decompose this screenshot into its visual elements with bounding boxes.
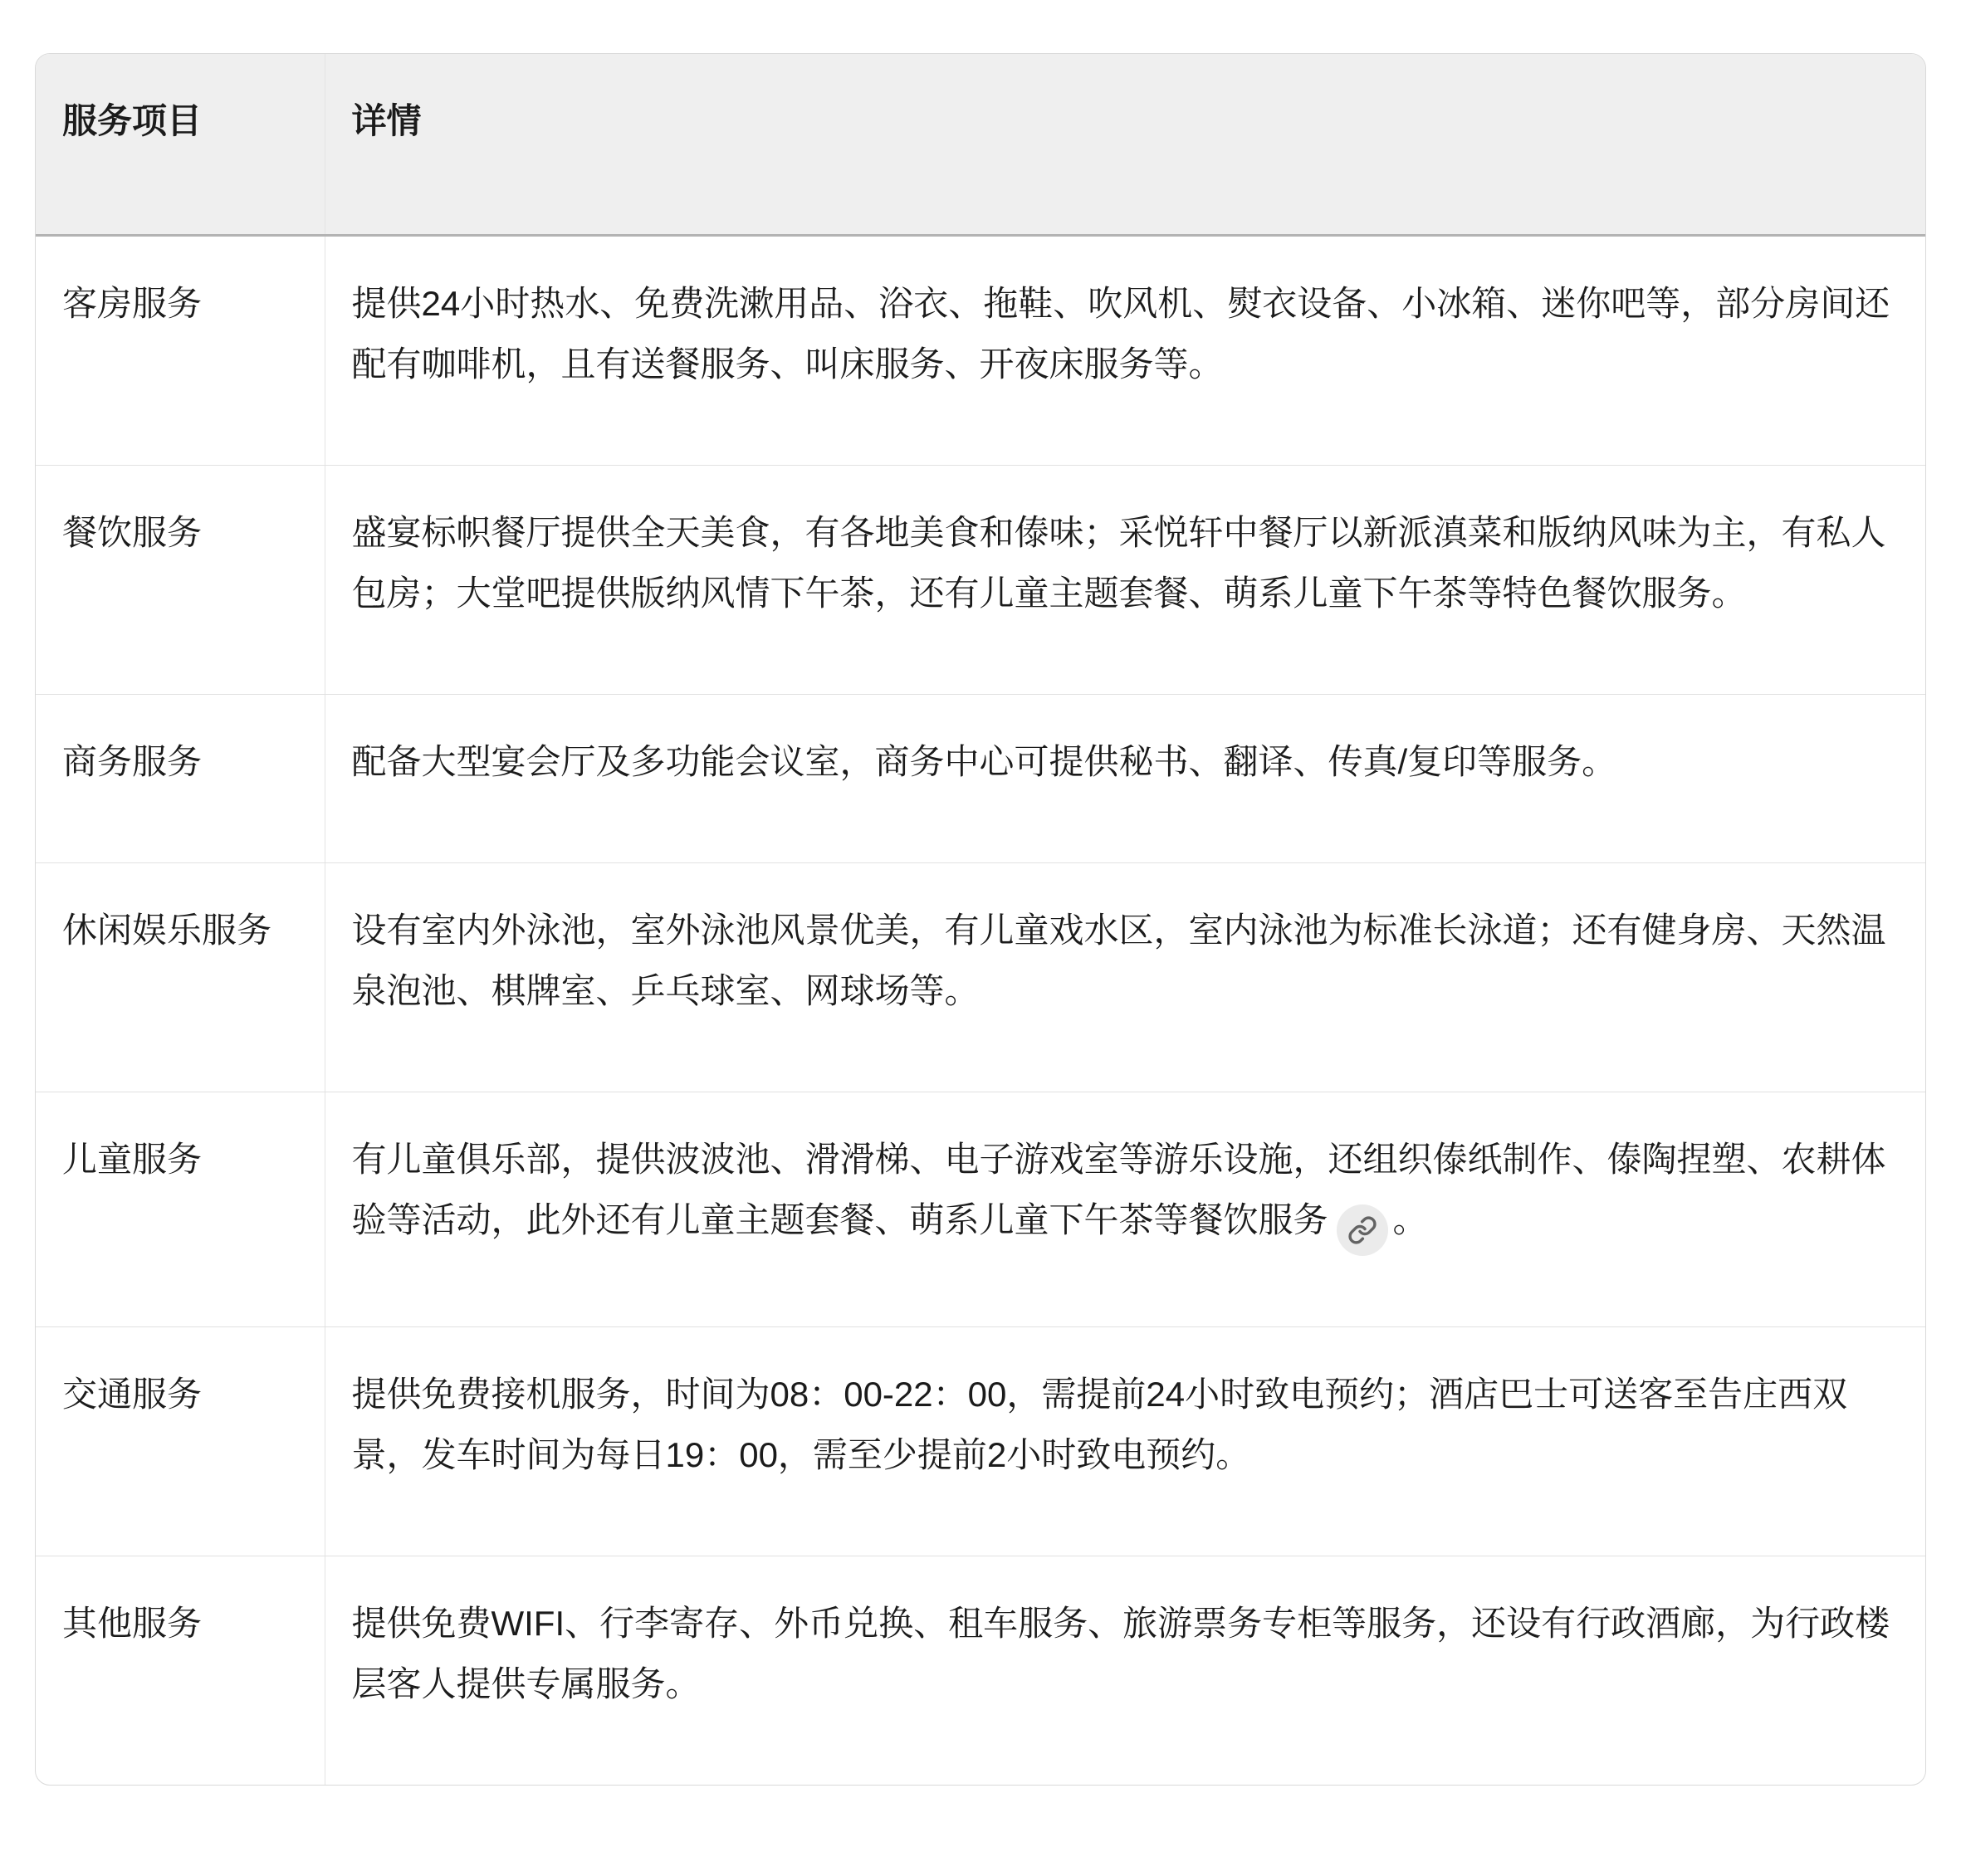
service-name: 餐饮服务 bbox=[36, 466, 325, 695]
service-name: 交通服务 bbox=[36, 1327, 325, 1556]
service-detail: 盛宴标帜餐厅提供全天美食，有各地美食和傣味；采悦轩中餐厅以新派滇菜和版纳风味为主… bbox=[325, 466, 1925, 695]
service-detail: 有儿童俱乐部，提供波波池、滑滑梯、电子游戏室等游乐设施，还组织傣纸制作、傣陶捏塑… bbox=[325, 1092, 1925, 1327]
service-detail: 提供免费WIFI、行李寄存、外币兑换、租车服务、旅游票务专柜等服务，还设有行政酒… bbox=[325, 1556, 1925, 1786]
column-header-detail: 详情 bbox=[325, 54, 1925, 236]
service-name: 其他服务 bbox=[36, 1556, 325, 1786]
service-detail-suffix: 。 bbox=[1393, 1200, 1428, 1239]
header-row: 服务项目 详情 bbox=[36, 54, 1925, 236]
service-detail: 配备大型宴会厅及多功能会议室，商务中心可提供秘书、翻译、传真/复印等服务。 bbox=[325, 695, 1925, 863]
table-row-transport-service: 交通服务 提供免费接机服务，时间为08：00-22：00，需提前24小时致电预约… bbox=[36, 1327, 1925, 1556]
table-row-other-service: 其他服务 提供免费WIFI、行李寄存、外币兑换、租车服务、旅游票务专柜等服务，还… bbox=[36, 1556, 1925, 1786]
service-name: 儿童服务 bbox=[36, 1092, 325, 1327]
service-detail: 设有室内外泳池，室外泳池风景优美，有儿童戏水区，室内泳池为标准长泳道；还有健身房… bbox=[325, 863, 1925, 1092]
service-detail-text: 有儿童俱乐部，提供波波池、滑滑梯、电子游戏室等游乐设施，还组织傣纸制作、傣陶捏塑… bbox=[352, 1140, 1886, 1239]
service-name: 商务服务 bbox=[36, 695, 325, 863]
link-icon[interactable] bbox=[1337, 1204, 1388, 1256]
column-header-service-item: 服务项目 bbox=[36, 54, 325, 236]
page: 服务项目 详情 客房服务 提供24小时热水、免费洗漱用品、浴衣、拖鞋、吹风机、熨… bbox=[0, 0, 1961, 1876]
services-table: 服务项目 详情 客房服务 提供24小时热水、免费洗漱用品、浴衣、拖鞋、吹风机、熨… bbox=[36, 54, 1925, 1785]
hotel-services-table: 服务项目 详情 客房服务 提供24小时热水、免费洗漱用品、浴衣、拖鞋、吹风机、熨… bbox=[35, 53, 1926, 1786]
table-row-leisure-service: 休闲娱乐服务 设有室内外泳池，室外泳池风景优美，有儿童戏水区，室内泳池为标准长泳… bbox=[36, 863, 1925, 1092]
service-name: 休闲娱乐服务 bbox=[36, 863, 325, 1092]
table-row-business-service: 商务服务 配备大型宴会厅及多功能会议室，商务中心可提供秘书、翻译、传真/复印等服… bbox=[36, 695, 1925, 863]
service-detail: 提供免费接机服务，时间为08：00-22：00，需提前24小时致电预约；酒店巴士… bbox=[325, 1327, 1925, 1556]
service-detail: 提供24小时热水、免费洗漱用品、浴衣、拖鞋、吹风机、熨衣设备、小冰箱、迷你吧等，… bbox=[325, 236, 1925, 466]
service-name: 客房服务 bbox=[36, 236, 325, 466]
table-row-children-service: 儿童服务 有儿童俱乐部，提供波波池、滑滑梯、电子游戏室等游乐设施，还组织傣纸制作… bbox=[36, 1092, 1925, 1327]
table-row-room-service: 客房服务 提供24小时热水、免费洗漱用品、浴衣、拖鞋、吹风机、熨衣设备、小冰箱、… bbox=[36, 236, 1925, 466]
table-row-dining-service: 餐饮服务 盛宴标帜餐厅提供全天美食，有各地美食和傣味；采悦轩中餐厅以新派滇菜和版… bbox=[36, 466, 1925, 695]
